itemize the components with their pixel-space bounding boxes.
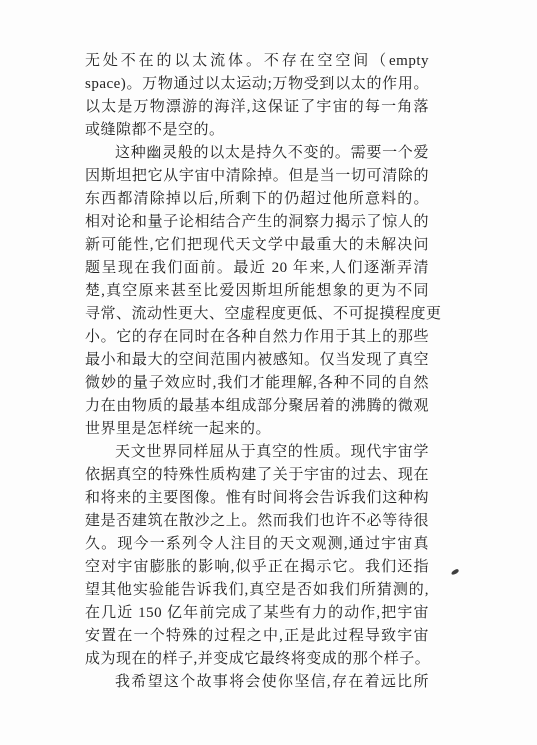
text-line: 安置在一个特殊的过程之中,正是此过程导致宇宙 — [85, 625, 429, 648]
text-line: 成为现在的样子,并变成它最终将变成的那个样子。 — [85, 648, 429, 671]
text-line: 我希望这个故事将会使你坚信,存在着远比所 — [85, 671, 429, 694]
text-line: 在几近 150 亿年前完成了某些有力的动作,把宇宙 — [85, 602, 429, 625]
text-line: 空对宇宙膨胀的影响,似乎正在揭示它。我们还指 — [85, 556, 429, 579]
text-line: space)。万物通过以太运动;万物受到以太的作用。 — [85, 73, 429, 96]
text-line: 或缝隙都不是空的。 — [85, 119, 429, 142]
text-line: 力在由物质的最基本组成部分聚居着的沸腾的微观 — [85, 395, 429, 418]
text-line: 小。它的存在同时在各种自然力作用于其上的那些 — [85, 326, 429, 349]
text-line: 楚,真空原来甚至比爱因斯坦所能想象的更为不同 — [85, 280, 429, 303]
text-line: 这种幽灵般的以太是持久不变的。需要一个爱 — [85, 142, 429, 165]
text-line: 世界里是怎样统一起来的。 — [85, 418, 429, 441]
text-line: 相对论和量子论相结合产生的洞察力揭示了惊人的 — [85, 211, 429, 234]
text-line: 寻常、流动性更大、空虚程度更低、不可捉摸程度更 — [85, 303, 429, 326]
text-line: 题呈现在我们面前。最近 20 年来,人们逐渐弄清 — [85, 257, 429, 280]
text-line: 依据真空的特殊性质构建了关于宇宙的过去、现在 — [85, 464, 429, 487]
text-line: 新可能性,它们把现代天文学中最重大的未解决问 — [85, 234, 429, 257]
page-text-block: 无处不在的以太流体。不存在空空间（emptyspace)。万物通过以太运动;万物… — [85, 50, 429, 694]
text-line: 因斯坦把它从宇宙中清除掉。但是当一切可清除的 — [85, 165, 429, 188]
book-page: 无处不在的以太流体。不存在空空间（emptyspace)。万物通过以太运动;万物… — [0, 0, 537, 745]
text-line: 无处不在的以太流体。不存在空空间（empty — [85, 50, 429, 73]
text-line: 天文世界同样屈从于真空的性质。现代宇宙学 — [85, 441, 429, 464]
text-line: 最小和最大的空间范围内被感知。仅当发现了真空 — [85, 349, 429, 372]
ink-speck — [451, 568, 460, 575]
text-line: 建是否建筑在散沙之上。然而我们也许不必等待很 — [85, 510, 429, 533]
text-line: 东西都清除掉以后,所剩下的仍超过他所意料的。 — [85, 188, 429, 211]
text-line: 以太是万物漂游的海洋,这保证了宇宙的每一角落 — [85, 96, 429, 119]
text-line: 望其他实验能告诉我们,真空是否如我们所猜测的, — [85, 579, 429, 602]
text-line: 微妙的量子效应时,我们才能理解,各种不同的自然 — [85, 372, 429, 395]
text-line: 久。现今一系列令人注目的天文观测,通过宇宙真 — [85, 533, 429, 556]
text-line: 和将来的主要图像。惟有时间将会告诉我们这种构 — [85, 487, 429, 510]
